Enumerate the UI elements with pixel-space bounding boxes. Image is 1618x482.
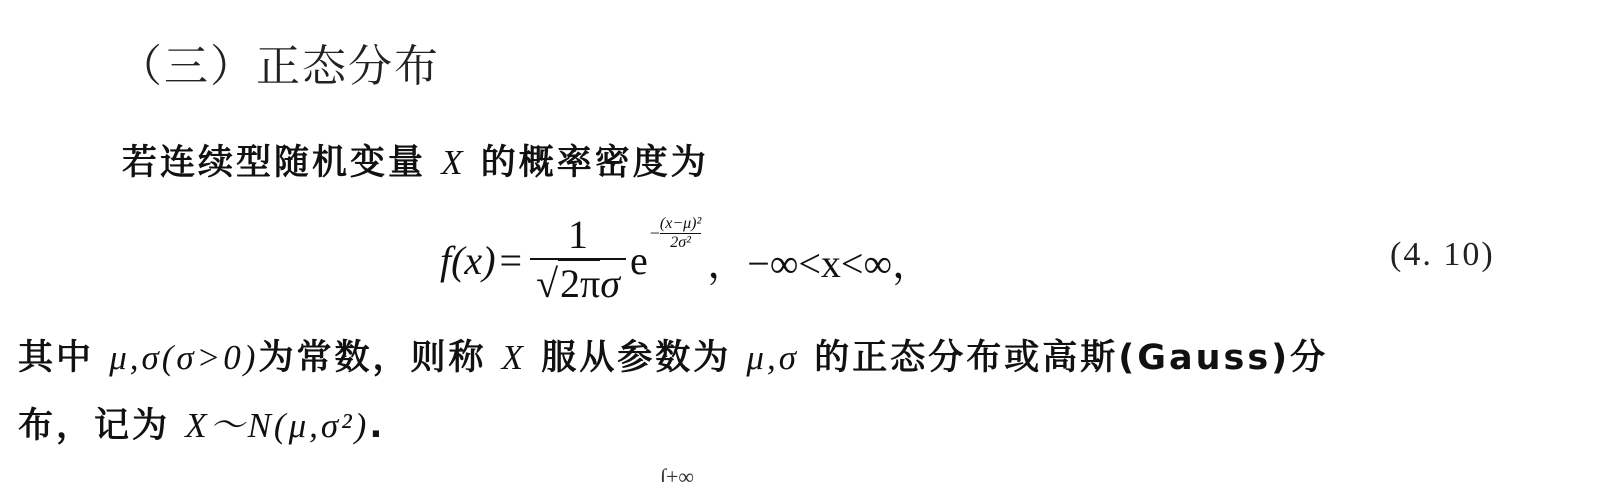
math-notation: X～N(μ,σ²) <box>185 406 369 445</box>
text: 的概率密度为 <box>466 143 709 183</box>
text: 服从参数为 <box>526 338 746 378</box>
text: 其中 <box>18 338 109 378</box>
paragraph-definition: 其中 μ,σ(σ>0)为常数，则称 X 服从参数为 μ,σ 的正态分布或高斯(G… <box>18 330 1328 380</box>
paragraph-notation: 布，记为 X～N(μ,σ²). <box>18 398 386 448</box>
formula-domain: ，−∞<x<∞， <box>707 232 932 289</box>
math-var-x: X <box>441 143 465 182</box>
text: 或 <box>1004 338 1042 378</box>
exp-base: e <box>630 237 648 284</box>
text: (Gauss)分 <box>1118 338 1328 378</box>
fraction-denominator: √2πσ <box>530 260 626 308</box>
text: 布，记为 <box>18 406 185 446</box>
normal-pdf-formula: f(x) = 1 √2πσ e − (x−μ)² 2σ² ，−∞<x<∞， <box>440 205 932 315</box>
text: 的 <box>799 338 852 378</box>
equation-number: (4. 10) <box>1390 236 1495 274</box>
exponent: − (x−μ)² 2σ² <box>650 215 702 253</box>
text: . <box>369 406 385 446</box>
exp-numerator: (x−μ)² <box>660 215 701 233</box>
formula-exponential: e − (x−μ)² 2σ² <box>630 237 701 284</box>
cutoff-integral: ∫+∞ <box>660 464 694 482</box>
formula-fraction: 1 √2πσ <box>530 212 626 308</box>
paragraph-definition-intro: 若连续型随机变量 X 的概率密度为 <box>122 135 709 185</box>
sigma: σ <box>600 261 620 306</box>
math-var-x: X <box>502 338 526 377</box>
term-gauss: 高斯 <box>1042 338 1118 378</box>
formula-lhs: f(x) <box>440 237 496 284</box>
text: 为常数，则称 <box>258 338 501 378</box>
sqrt-icon: √ <box>536 261 558 306</box>
exponent-fraction: (x−μ)² 2σ² <box>660 215 701 253</box>
fraction-numerator: 1 <box>558 212 598 258</box>
exp-denominator: 2σ² <box>670 234 691 252</box>
math-params: μ,σ(σ>0) <box>109 338 258 377</box>
math-params: μ,σ <box>746 338 799 377</box>
section-heading: （三）正态分布 <box>118 30 440 94</box>
exp-sign: − <box>650 223 660 244</box>
text: 若连续型随机变量 <box>122 143 441 183</box>
sqrt-radicand: 2π <box>558 259 600 306</box>
term-normal-distribution: 正态分布 <box>852 338 1004 378</box>
formula-equals: = <box>500 237 523 284</box>
